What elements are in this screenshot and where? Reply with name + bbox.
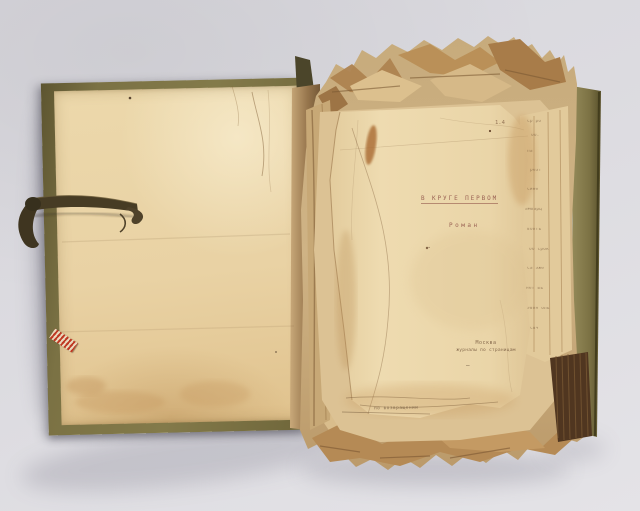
book-title-typed: В КРУГЕ ПЕРВОМ bbox=[421, 196, 498, 204]
footer-text-fragment: по возвращении bbox=[374, 407, 418, 412]
fore-edge-fragment: па bbox=[527, 150, 569, 155]
pastedown-tears bbox=[58, 86, 294, 332]
book-artwork bbox=[0, 0, 640, 511]
fore-edge-fragment: сине bbox=[527, 188, 569, 193]
imprint-line-1: Москва bbox=[456, 341, 516, 346]
fore-edge-fragment: воотъ bbox=[527, 228, 569, 233]
photograph-damaged-book: 1.4 В КРУГЕ ПЕРВОМ Роман · Москва журнал… bbox=[0, 0, 640, 511]
fore-edge-fragment: свч bbox=[530, 327, 572, 332]
fore-edge-fragment: резт bbox=[530, 169, 572, 174]
imprint-line-2: журналы по страницам bbox=[447, 349, 525, 354]
fore-edge-fragment: ср ро bbox=[527, 120, 569, 125]
center-dot-mark: · bbox=[427, 245, 431, 252]
fore-edge-fragment: нет въ bbox=[526, 287, 568, 292]
fore-edge-fragment: об. bbox=[531, 134, 573, 139]
imprint-dash: — bbox=[466, 363, 470, 369]
book-subtitle-typed: Роман bbox=[449, 223, 480, 229]
fore-edge-fragment: амбарц bbox=[525, 208, 567, 213]
page-corner-mark: 1.4 bbox=[495, 121, 505, 127]
fore-edge-fragment: об срок bbox=[529, 248, 571, 253]
fore-edge-fragment: са эже bbox=[527, 267, 569, 272]
pastedown-stains bbox=[66, 97, 277, 413]
fore-edge-fragment: эвон оль bbox=[527, 307, 569, 312]
